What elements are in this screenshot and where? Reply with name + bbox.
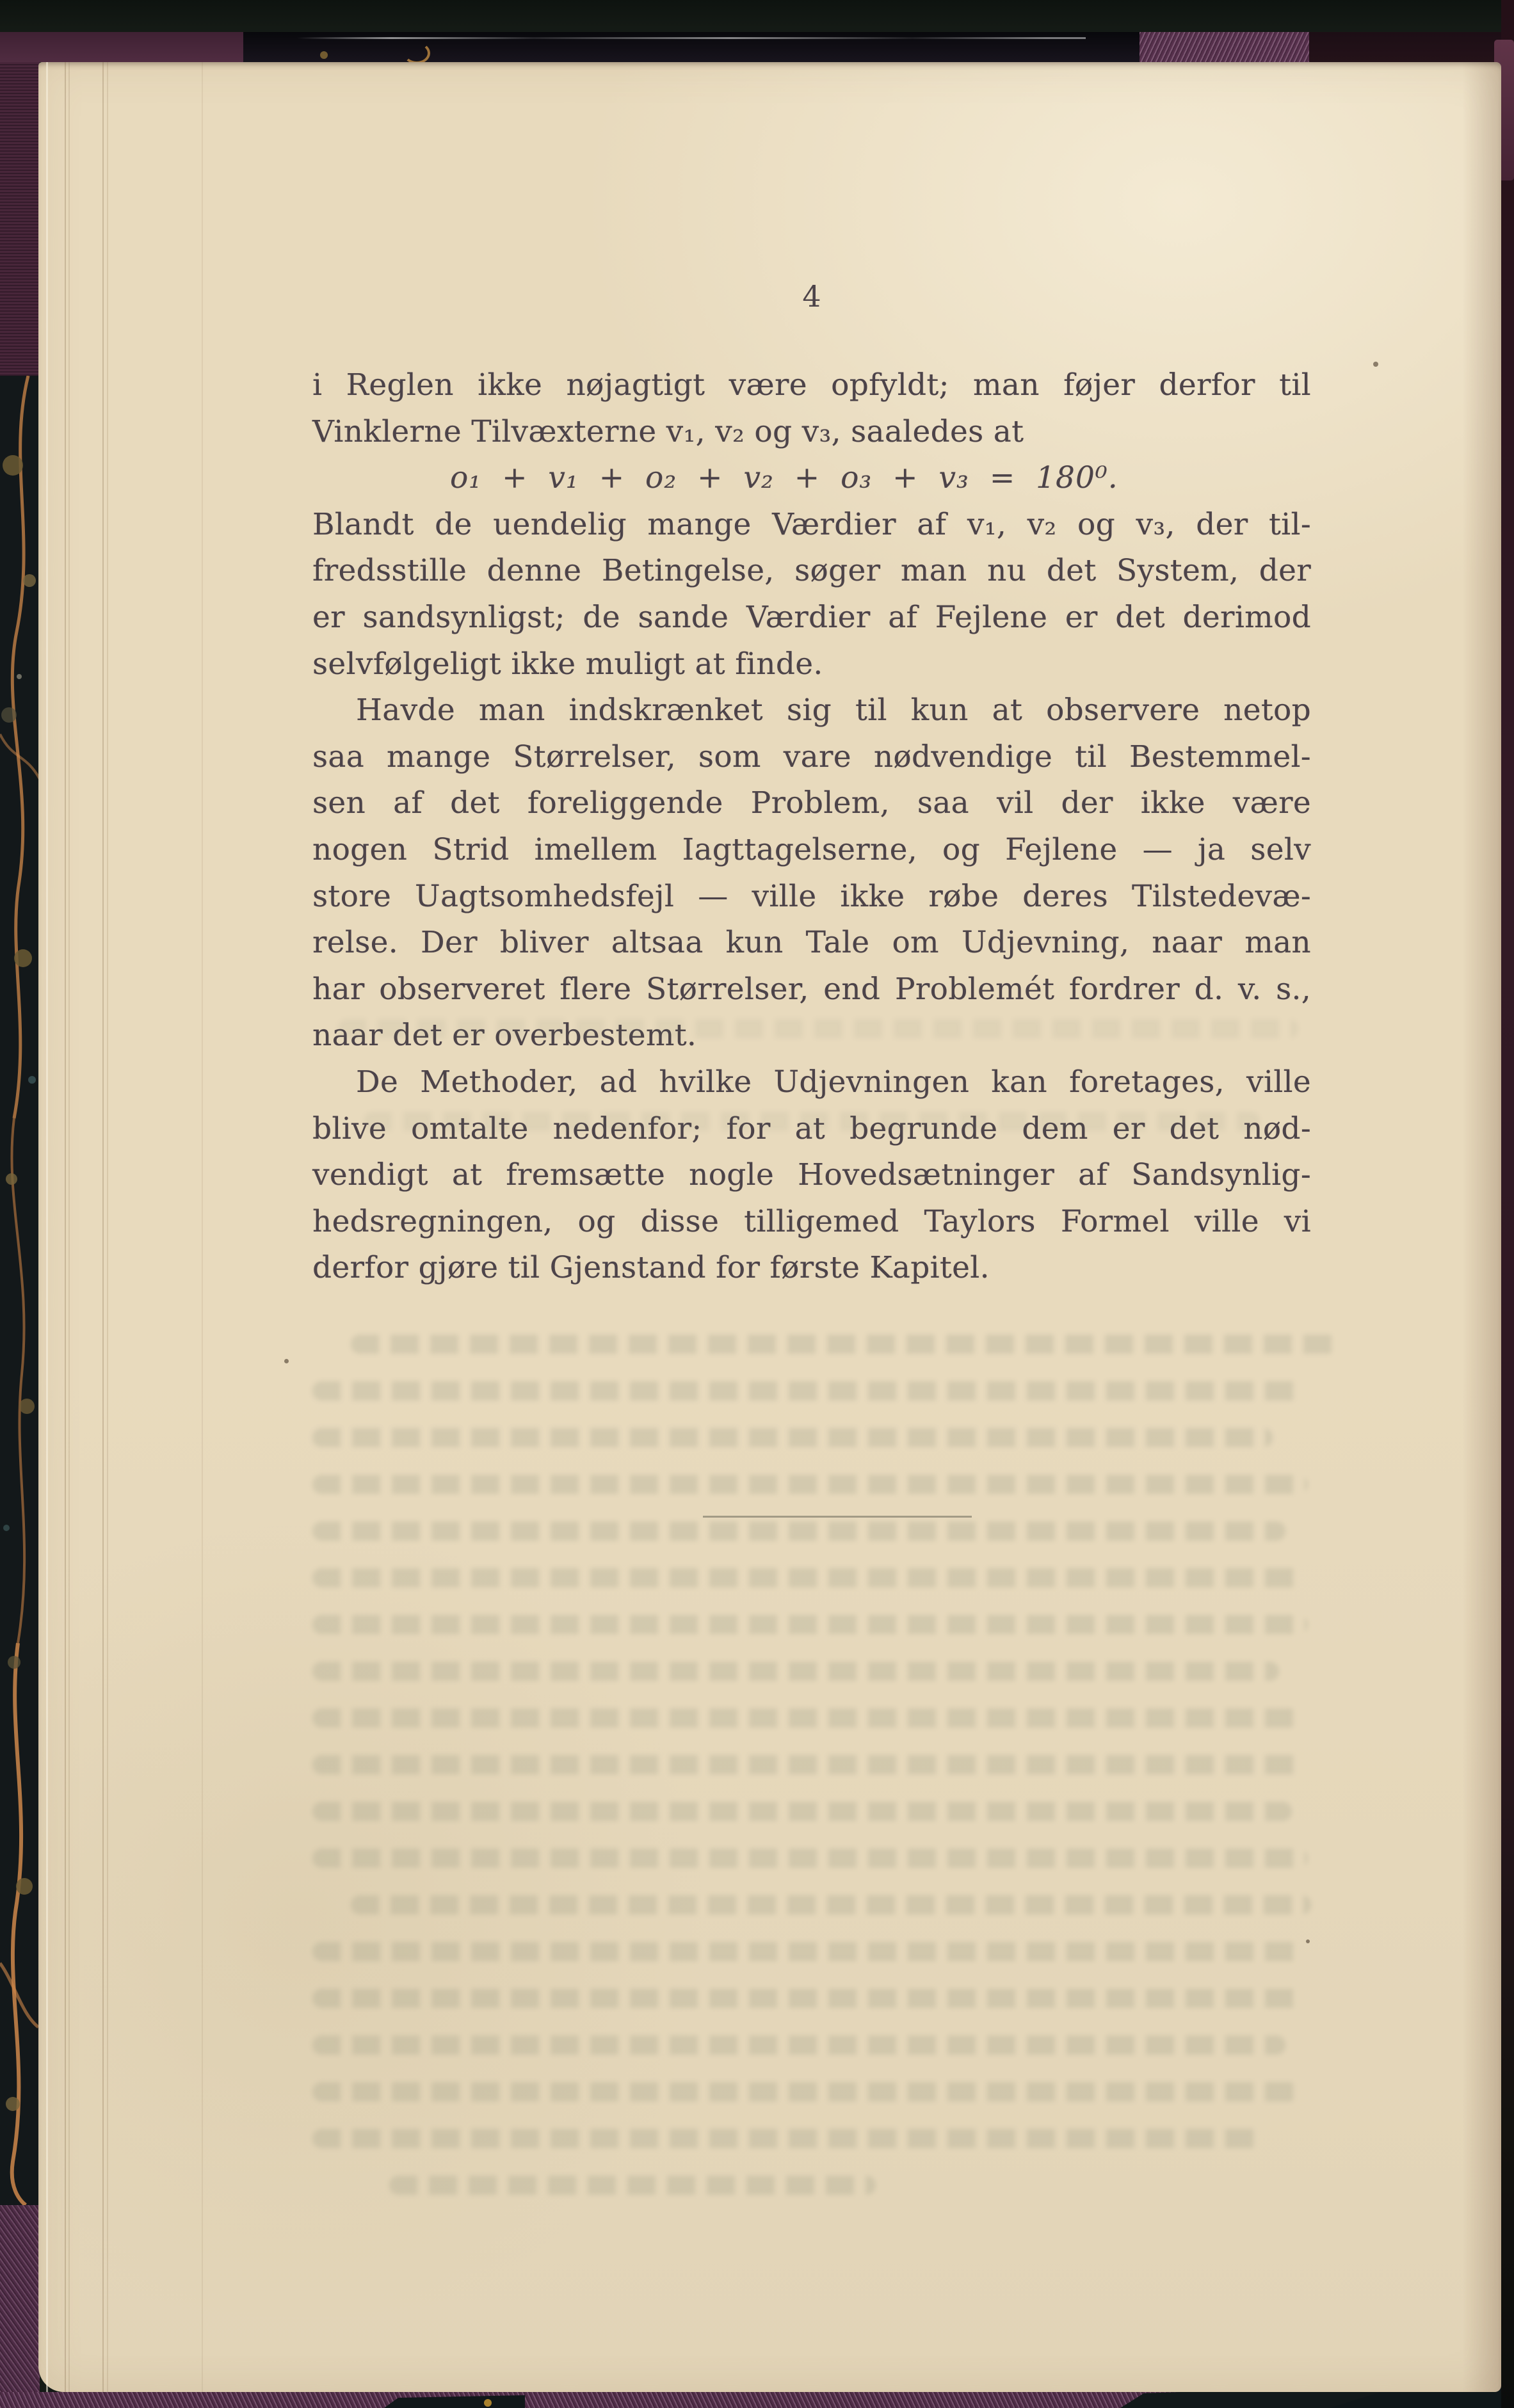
text-line: fredsstille denne Betingelse, søger man … xyxy=(312,548,1311,595)
text-line: i Reglen ikke nøjagtigt være opfyldt; ma… xyxy=(312,362,1311,409)
book-cover-top-edge xyxy=(0,0,1514,62)
text-line: sen af det foreliggende Problem, saa vil… xyxy=(312,780,1311,827)
text-line: er sandsynligst; de sande Værdier af Fej… xyxy=(312,595,1311,641)
page-number: 4 xyxy=(312,274,1311,319)
text-line: Vinklerne Tilvæxterne v₁, v₂ og v₃, saal… xyxy=(312,409,1311,456)
page-crease xyxy=(65,62,66,2392)
cover-cloth-top-right xyxy=(1140,32,1309,62)
cover-cloth-top-left xyxy=(0,32,243,62)
foxing-speck xyxy=(1373,362,1378,367)
text-line: Blandt de uendelig mange Værdier af v₁, … xyxy=(312,502,1311,549)
bleedthrough-line xyxy=(312,2129,1260,2148)
cover-marbled-top-strip xyxy=(243,32,1140,62)
bleedthrough-line xyxy=(312,1802,1292,1821)
text-line: relse. Der bliver altsaa kun Tale om Udj… xyxy=(312,920,1311,967)
marble-gold-vein xyxy=(403,42,430,64)
page-crease xyxy=(202,62,203,2392)
text-block: i Reglen ikke nøjagtigt være opfyldt; ma… xyxy=(312,362,1311,1292)
marble-gold-speck xyxy=(320,51,328,59)
bleedthrough-line xyxy=(312,2082,1298,2101)
bleedthrough-line xyxy=(312,1381,1305,1401)
bleedthrough-line xyxy=(312,1615,1308,1634)
cover-cloth-left-edge xyxy=(0,62,40,376)
text-line: selvfølgeligt ikke muligt at finde. xyxy=(312,641,1311,688)
text-line: hedsregningen, og disse tilligemed Taylo… xyxy=(312,1199,1311,1246)
text-line: Havde man indskrænket sig til kun at obs… xyxy=(312,687,1311,734)
bleedthrough-line xyxy=(312,1428,1273,1447)
cover-dark-top-right xyxy=(1309,32,1514,62)
foxing-speck xyxy=(284,1359,289,1363)
bleedthrough-line xyxy=(312,1568,1301,1587)
page-edge-highlight xyxy=(46,62,48,2392)
bleedthrough-line xyxy=(312,1708,1298,1728)
bleedthrough-line xyxy=(312,1989,1305,2008)
foxing-speck xyxy=(1306,1939,1310,1943)
bleedthrough-line xyxy=(312,1662,1279,1681)
text-line: store Uagtsomhedsfejl — ville ikke røbe … xyxy=(312,874,1311,920)
bleedthrough-line xyxy=(351,1895,1311,1914)
bleedthrough-line xyxy=(312,1942,1301,1961)
text-line: o₁ + v₁ + o₂ + v₂ + o₃ + v₃ = 180⁰. xyxy=(312,455,1311,502)
page-crease xyxy=(68,62,70,2392)
text-line: blive omtalte nedenfor; for at begrunde … xyxy=(312,1106,1311,1153)
bleedthrough-line xyxy=(389,2176,876,2195)
book-cover-right-edge xyxy=(1501,0,1514,2408)
bleedthrough-rule xyxy=(703,1516,972,1518)
book-page: 4 i Reglen ikke nøjagtigt være opfyldt; … xyxy=(38,62,1501,2392)
text-line: derfor gjøre til Gjenstand for første Ka… xyxy=(312,1245,1311,1292)
text-line: saa mange Størrelser, som vare nødvendig… xyxy=(312,734,1311,781)
bleedthrough-line xyxy=(312,1849,1308,1868)
text-line: De Methoder, ad hvilke Udjevningen kan f… xyxy=(312,1059,1311,1106)
page-crease xyxy=(102,62,104,2392)
marbled-endpaper-left-edge xyxy=(0,376,40,2205)
scanned-book-page-photo: 4 i Reglen ikke nøjagtigt være opfyldt; … xyxy=(0,0,1514,2408)
page-crease xyxy=(107,62,108,2392)
text-line: naar det er overbestemt. xyxy=(312,1013,1311,1059)
bleedthrough-line xyxy=(312,2035,1285,2055)
text-line: har observeret flere Størrelser, end Pro… xyxy=(312,967,1311,1013)
bleedthrough-line xyxy=(312,1475,1308,1494)
bleedthrough-line xyxy=(351,1335,1337,1354)
text-line: nogen Strid imellem Iagttagelserne, og F… xyxy=(312,827,1311,874)
text-line: vendigt at fremsætte nogle Hovedsætninge… xyxy=(312,1152,1311,1199)
bleedthrough-line xyxy=(312,1755,1305,1774)
bleedthrough-line xyxy=(312,1521,1285,1541)
cover-cloth-left-bottom xyxy=(0,2205,40,2408)
